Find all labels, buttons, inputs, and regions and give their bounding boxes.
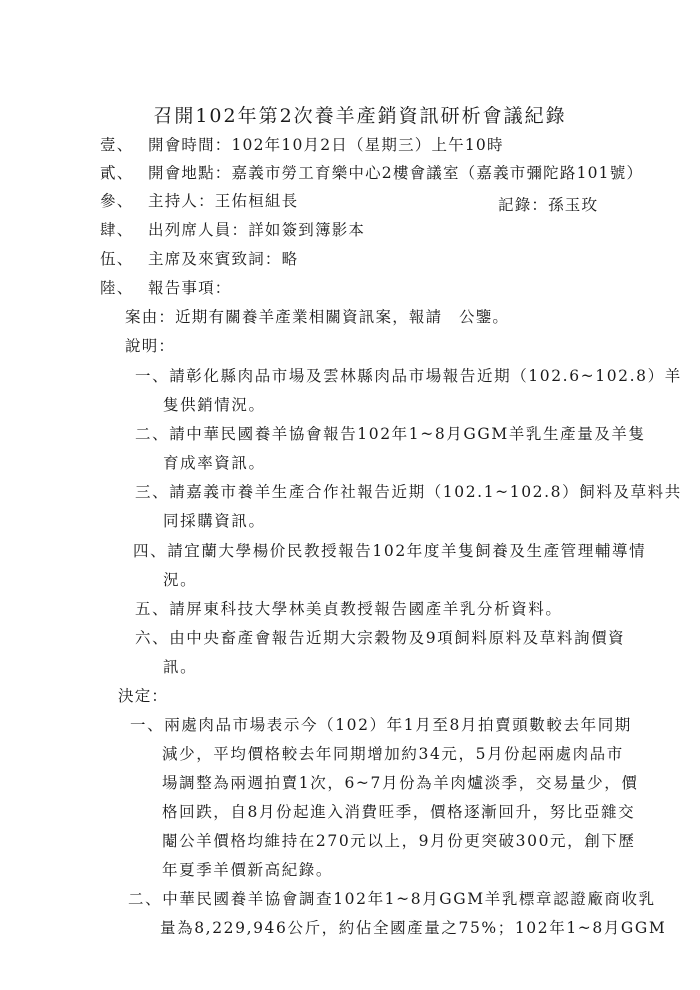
decision-item-1-line-4: 格回跌，自8月份起進入消費旺季，價格逐漸回升，努比亞雜交 xyxy=(162,801,635,823)
explanation-item-3-line-2: 同採購資訊。 xyxy=(163,510,266,532)
section-number: 壹、 xyxy=(100,134,148,156)
explanation-item-6-line-1: 六、由中央畜產會報告近期大宗穀物及9項飼料原料及草料詢價資 xyxy=(135,627,625,649)
section-attendees: 肆、出列席人員：詳如簽到簿影本 xyxy=(100,219,365,241)
section-number: 肆、 xyxy=(100,219,148,241)
section-text: 開會地點：嘉義市勞工育樂中心2樓會議室（嘉義市彌陀路101號） xyxy=(148,164,643,182)
decision-label: 決定： xyxy=(118,685,168,707)
section-number: 伍、 xyxy=(100,248,148,270)
decision-item-2-line-2: 量為8,229,946公斤，約佔全國產量之75%；102年1~8月GGM xyxy=(160,917,666,939)
document-page: 召開102年第2次養羊產銷資訊研析會議紀錄 壹、開會時間：102年10月2日（星… xyxy=(0,0,700,990)
section-chairperson: 參、主持人：王佑桓組長 xyxy=(100,190,298,212)
section-text: 報告事項： xyxy=(148,279,232,297)
decision-item-1-line-3: 場調整為兩週拍賣1次，6~7月份為羊肉爐淡季，交易量少，價 xyxy=(162,772,638,794)
section-meeting-location: 貳、開會地點：嘉義市勞工育樂中心2樓會議室（嘉義市彌陀路101號） xyxy=(100,162,643,184)
explanation-item-2-line-2: 育成率資訊。 xyxy=(163,452,266,474)
section-text: 出列席人員：詳如簽到簿影本 xyxy=(148,221,365,239)
document-title: 召開102年第2次養羊產銷資訊研析會議紀錄 xyxy=(0,103,700,129)
section-report-items: 陸、報告事項： xyxy=(100,277,232,299)
section-number: 貳、 xyxy=(100,162,148,184)
section-text: 主席及來賓致詞：略 xyxy=(148,250,298,268)
explanation-item-2-line-1: 二、請中華民國養羊協會報告102年1~8月GGM羊乳生產量及羊隻 xyxy=(135,423,646,445)
explanation-label: 說明： xyxy=(125,335,175,357)
section-number: 陸、 xyxy=(100,277,148,299)
explanation-item-4-line-2: 況。 xyxy=(163,569,197,591)
recorder-note: 記錄：孫玉玫 xyxy=(498,194,598,216)
section-opening-remarks: 伍、主席及來賓致詞：略 xyxy=(100,248,298,270)
section-number: 參、 xyxy=(100,190,148,212)
section-text: 開會時間：102年10月2日（星期三）上午10時 xyxy=(148,136,504,154)
explanation-item-1-line-2: 隻供銷情況。 xyxy=(163,394,266,416)
decision-item-1-line-6: 年夏季羊價新高紀錄。 xyxy=(162,859,333,881)
explanation-item-3-line-1: 三、請嘉義市養羊生產合作社報告近期（102.1~102.8）飼料及草料共 xyxy=(135,481,682,503)
decision-item-1-line-1: 一、兩處肉品市場表示今（102）年1月至8月拍賣頭數較去年同期 xyxy=(130,714,632,736)
decision-item-1-line-2: 減少，平均價格較去年同期增加約34元，5月份起兩處肉品市 xyxy=(162,743,624,765)
explanation-item-5-line-1: 五、請屏東科技大學林美貞教授報告國產羊乳分析資料。 xyxy=(135,598,563,620)
case-statement: 案由：近期有關養羊產業相關資訊案，報請 公鑒。 xyxy=(125,306,509,328)
decision-item-2-line-1: 二、中華民國養羊協會調查102年1~8月GGM羊乳標章認證廠商收乳 xyxy=(128,888,656,910)
section-text: 主持人：王佑桓組長 xyxy=(148,192,298,210)
explanation-item-4-line-1: 四、請宜蘭大學楊价民教授報告102年度羊隻飼養及生產管理輔導情 xyxy=(133,540,646,562)
section-meeting-time: 壹、開會時間：102年10月2日（星期三）上午10時 xyxy=(100,134,504,156)
explanation-item-1-line-1: 一、請彰化縣肉品市場及雲林縣肉品市場報告近期（102.6~102.8）羊 xyxy=(135,365,682,387)
decision-item-1-line-5: 閹公羊價格均維持在270元以上，9月份更突破300元，創下歷 xyxy=(162,830,636,852)
explanation-item-6-line-2: 訊。 xyxy=(163,656,197,678)
